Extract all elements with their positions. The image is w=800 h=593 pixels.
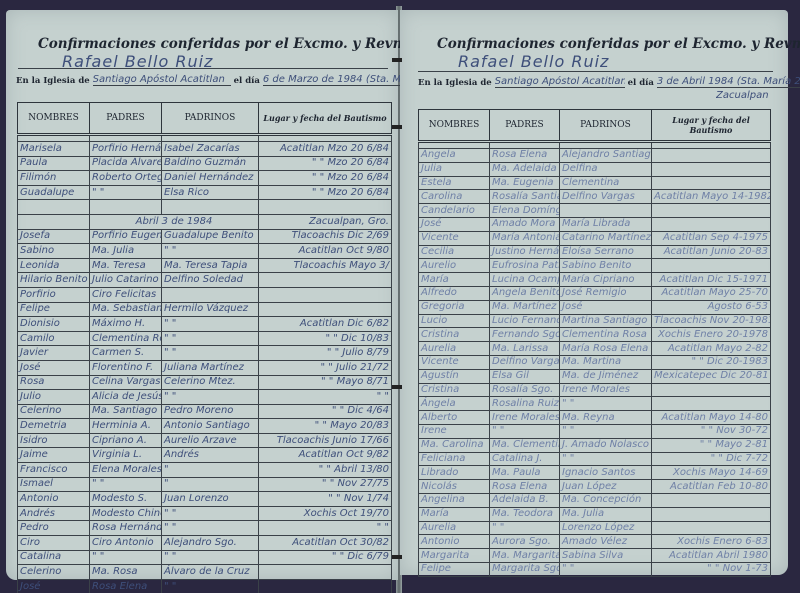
cell-padrinos: Lorenzo López bbox=[560, 521, 652, 535]
spacer-cell bbox=[18, 135, 90, 142]
cell-padres: Clementina Rosa bbox=[90, 331, 162, 346]
cell-bautismo: " " Mayo 8/71 bbox=[259, 375, 392, 390]
cell-padres: Eufrosina Patricio bbox=[490, 259, 560, 273]
cell-padres: Modesto S. bbox=[90, 492, 162, 507]
dia-value: 6 de Marzo de 1984 (Sta. María 2) bbox=[263, 74, 413, 86]
table-row: JulioAlicia de Jesús" "" " bbox=[18, 390, 392, 405]
cell-bautismo: " " Dic 4/64 bbox=[259, 404, 392, 419]
cell-padres: Julio Catarino bbox=[90, 273, 162, 288]
cell-padrinos bbox=[162, 200, 259, 215]
cell-padrinos: José Remigio bbox=[560, 286, 652, 300]
iglesia-label: En la Iglesia de bbox=[16, 76, 90, 86]
cell-bautismo: " " Mzo 20 6/84 bbox=[259, 171, 392, 186]
cell-bautismo: " " Mzo 20 6/84 bbox=[259, 156, 392, 171]
cell-padrinos: Clementina bbox=[560, 176, 652, 190]
table-row: SabinoMa. Julia" "Acatitlan Oct 9/80 bbox=[18, 244, 392, 259]
cell-padrinos: Guadalupe Benito bbox=[162, 229, 259, 244]
cell-bautismo: Xochis Enero 6-83 bbox=[652, 535, 771, 549]
cell-padres: Ma. Margarita bbox=[490, 549, 560, 563]
cell-padres: Adelaida B. bbox=[490, 493, 560, 507]
cell-nombre: Guadalupe bbox=[18, 185, 90, 200]
table-row: JoséRosa Elena" " bbox=[18, 579, 392, 593]
cell-bautismo: " " Dic 10/83 bbox=[259, 331, 392, 346]
table-row: AurelioEufrosina PatricioSabino Benito bbox=[419, 259, 771, 273]
bishop-underline bbox=[18, 68, 388, 69]
printed-title: Confirmaciones conferidas por el Excmo. … bbox=[437, 36, 800, 52]
cell-nombre: Agustín bbox=[419, 369, 490, 383]
table-row: AntonioAurora Sgo.Amado VélezXochis Ener… bbox=[419, 535, 771, 549]
spacer-cell bbox=[560, 142, 652, 149]
confirmations-table-right: NOMBRES PADRES PADRINOS Lugar y fecha de… bbox=[418, 109, 771, 577]
column-header-nombres: NOMBRES bbox=[419, 110, 490, 142]
cell-nombre: Ciro bbox=[18, 536, 90, 551]
table-row: ÁngelaRosa ElenaAlejandro Santiago bbox=[419, 149, 771, 163]
table-row: DionisioMáximo H." "Acatitlan Dic 6/82 bbox=[18, 317, 392, 332]
cell-padres: " " bbox=[490, 521, 560, 535]
cell-bautismo bbox=[652, 493, 771, 507]
cell-nombre: Estela bbox=[419, 176, 490, 190]
cell-padres: Elena Domínguez bbox=[490, 204, 560, 218]
table-row: CeciliaJustino HernándezEloísa SerranoAc… bbox=[419, 245, 771, 259]
cell-padres: María Antonia bbox=[490, 231, 560, 245]
cell-bautismo: Tlacoachis Nov 20-1981 bbox=[652, 314, 771, 328]
table-row: CarolinaRosalía SantiagoDelfino VargasAc… bbox=[419, 190, 771, 204]
cell-bautismo: " " Nov 27/75 bbox=[259, 477, 392, 492]
cell-bautismo: Acatitlan Oct 9/82 bbox=[259, 448, 392, 463]
cell-padrinos: Celerino Mtez. bbox=[162, 375, 259, 390]
table-header: NOMBRES PADRES PADRINOS Lugar y fecha de… bbox=[419, 110, 771, 142]
binding-thread bbox=[392, 58, 402, 62]
cell-padrinos: " " bbox=[162, 244, 259, 259]
cell-nombre: Demetria bbox=[18, 419, 90, 434]
column-header-nombres: NOMBRES bbox=[18, 103, 90, 135]
binding-thread bbox=[392, 555, 402, 559]
table-row: Ma. CarolinaMa. ClementinaJ. Amado Nolas… bbox=[419, 438, 771, 452]
cell-padrinos: Andrés bbox=[162, 448, 259, 463]
cell-bautismo: " " Nov 1-73 bbox=[652, 562, 771, 576]
table-row: JavierCarmen S." "" " Julio 8/79 bbox=[18, 346, 392, 361]
cell-nombre: Andrés bbox=[18, 506, 90, 521]
table-row: CamiloClementina Rosa" "" " Dic 10/83 bbox=[18, 331, 392, 346]
table-row: PedroRosa Hernández" "" " bbox=[18, 521, 392, 536]
cell-padres: Rosa Elena bbox=[490, 149, 560, 163]
spacer-cell bbox=[162, 135, 259, 142]
cell-padrinos: Delfino Soledad bbox=[162, 273, 259, 288]
table-row: DemetriaHerminia A.Antonio Santiago" " M… bbox=[18, 419, 392, 434]
right-page: Confirmaciones conferidas por el Excmo. … bbox=[400, 10, 788, 575]
cell-padres: Placida Álvarez bbox=[90, 156, 162, 171]
cell-bautismo: Agosto 6-53 bbox=[652, 300, 771, 314]
spacer-cell bbox=[419, 142, 490, 149]
cell-nombre: Vicente bbox=[419, 355, 490, 369]
table-row: JuliaMa. AdelaidaDelfina bbox=[419, 162, 771, 176]
cell-padres: Florentino F. bbox=[90, 360, 162, 375]
cell-nombre: Vicente bbox=[419, 231, 490, 245]
cell-padrinos: Ma. Reyna bbox=[560, 411, 652, 425]
cell-padrinos: Sabina Silva bbox=[560, 549, 652, 563]
table-row: CiroCiro AntonioAlejandro Sgo.Acatitlan … bbox=[18, 536, 392, 551]
iglesia-value: Santiago Apóstol Acatitlan bbox=[495, 76, 625, 88]
cell-nombre: Ma. Carolina bbox=[419, 438, 490, 452]
cell-padres: Ma. Larissa bbox=[490, 342, 560, 356]
cell-padrinos: Álvaro de la Cruz bbox=[162, 565, 259, 580]
cell-bautismo: Acatitlan Mayo 14-80 bbox=[652, 411, 771, 425]
table-row: CelerinoMa. SantiagoPedro Moreno" " Dic … bbox=[18, 404, 392, 419]
cell-bautismo: " " Dic 7-72 bbox=[652, 452, 771, 466]
cell-padrinos bbox=[162, 287, 259, 302]
cell-nombre: Feliciana bbox=[419, 452, 490, 466]
cell-bautismo: " " bbox=[259, 390, 392, 405]
cell-nombre: María bbox=[419, 273, 490, 287]
table-row: FranciscoElena Morales"" " Abril 13/80 bbox=[18, 463, 392, 478]
cell-padres: Irene Morales bbox=[490, 411, 560, 425]
table-row: Aurelia" "Lorenzo López bbox=[419, 521, 771, 535]
cell-padres: Máximo H. bbox=[90, 317, 162, 332]
cell-nombre: Aurelia bbox=[419, 342, 490, 356]
cell-bautismo bbox=[652, 507, 771, 521]
cell-padrinos bbox=[560, 204, 652, 218]
column-header-padrinos: PADRINOS bbox=[162, 103, 259, 135]
cell-bautismo: Acatitlan Abril 1980 bbox=[652, 549, 771, 563]
cell-nombre: Leonida bbox=[18, 258, 90, 273]
cell-bautismo bbox=[259, 565, 392, 580]
cell-padrinos: María Rosa Elena bbox=[560, 342, 652, 356]
dia-value: 3 de Abril 1984 (Sta. María 2) bbox=[657, 76, 800, 88]
cell-nombre: Ángela bbox=[419, 397, 490, 411]
cell-nombre: Carolina bbox=[419, 190, 490, 204]
cell-padres: Amado Mora bbox=[490, 217, 560, 231]
cell-padres: Ciro Antonio bbox=[90, 536, 162, 551]
cell-padrinos: " " bbox=[560, 562, 652, 576]
cell-nombre: Margarita bbox=[419, 549, 490, 563]
table-row: AngelinaAdelaida B.Ma. Concepción bbox=[419, 493, 771, 507]
cell-padrinos: " " bbox=[162, 390, 259, 405]
cell-padres: Alicia de Jesús bbox=[90, 390, 162, 405]
cell-nombre: Candelario bbox=[419, 204, 490, 218]
cell-bautismo: Tlacoachis Mayo 3/ bbox=[259, 258, 392, 273]
table-row: VicenteDelfino VargasMa. Martina" " Dic … bbox=[419, 355, 771, 369]
cell-nombre: José bbox=[18, 579, 90, 593]
cell-bautismo: Acatitlan Mayo 25-70 bbox=[652, 286, 771, 300]
cell-bautismo bbox=[259, 273, 392, 288]
iglesia-value: Santiago Apóstol Acatitlan bbox=[93, 74, 231, 86]
cell-padrinos: Delfino Vargas bbox=[560, 190, 652, 204]
cell-bautismo: " " Mayo 2-81 bbox=[652, 438, 771, 452]
cell-nombre: Alberto bbox=[419, 411, 490, 425]
cell-nombre: Cecilia bbox=[419, 245, 490, 259]
cell-padres: Ma. Adelaida bbox=[490, 162, 560, 176]
cell-padrinos: Ma. Julia bbox=[560, 507, 652, 521]
cell-padres: Modesto Chino bbox=[90, 506, 162, 521]
cell-padrinos: " " bbox=[560, 424, 652, 438]
cell-padres: " " bbox=[90, 477, 162, 492]
cell-bautismo: " " Dic 20-1983 bbox=[652, 355, 771, 369]
cell-bautismo bbox=[652, 176, 771, 190]
cell-nombre: José bbox=[419, 217, 490, 231]
cell-nombre: Jaime bbox=[18, 448, 90, 463]
cell-bautismo: Acatitlan Oct 9/80 bbox=[259, 244, 392, 259]
cell-padres: " " bbox=[90, 550, 162, 565]
column-header-bautismo: Lugar y fecha del Bautismo bbox=[652, 110, 771, 142]
cell-padrinos: Martina Santiago bbox=[560, 314, 652, 328]
cell-padrinos: " " bbox=[162, 550, 259, 565]
cell-bautismo: Xochis Mayo 14-69 bbox=[652, 466, 771, 480]
cell-padres: Abril 3 de 1984 bbox=[90, 214, 259, 229]
cell-padres: Ma. Clementina bbox=[490, 438, 560, 452]
cell-padres: Delfino Vargas bbox=[490, 355, 560, 369]
cell-nombre: Hilario Benito bbox=[18, 273, 90, 288]
cell-padres: Angela Benito bbox=[490, 286, 560, 300]
cell-padres: Margarita Sgo. bbox=[490, 562, 560, 576]
table-row: FelicianaCatalina J." "" " Dic 7-72 bbox=[419, 452, 771, 466]
cell-nombre: Ángela bbox=[419, 149, 490, 163]
bishop-name: Rafael Bello Ruiz bbox=[458, 52, 609, 71]
cell-bautismo: " " Julio 8/79 bbox=[259, 346, 392, 361]
cell-padres: Catalina J. bbox=[490, 452, 560, 466]
cell-padrinos: María Librada bbox=[560, 217, 652, 231]
cell-nombre: Librado bbox=[419, 466, 490, 480]
cell-bautismo: " " Nov 30-72 bbox=[652, 424, 771, 438]
cell-padrinos: Clementina Rosa bbox=[560, 328, 652, 342]
cell-padrinos: Daniel Hernández bbox=[162, 171, 259, 186]
cell-nombre: Julio bbox=[18, 390, 90, 405]
table-row: JoséFlorentino F.Juliana Martínez" " Jul… bbox=[18, 360, 392, 375]
cell-padrinos: Hermilo Vázquez bbox=[162, 302, 259, 317]
table-row: Irene" "" "" " Nov 30-72 bbox=[419, 424, 771, 438]
table-row: CelerinoMa. RosaÁlvaro de la Cruz bbox=[18, 565, 392, 580]
cell-bautismo bbox=[259, 200, 392, 215]
table-row: LeonidaMa. TeresaMa. Teresa TapiaTlacoac… bbox=[18, 258, 392, 273]
cell-nombre: Cristina bbox=[419, 328, 490, 342]
table-row: Hilario BenitoJulio CatarinoDelfino Sole… bbox=[18, 273, 392, 288]
left-page: Confirmaciones conferidas por el Excmo. … bbox=[6, 10, 398, 580]
cell-bautismo bbox=[652, 259, 771, 273]
cell-nombre: Celerino bbox=[18, 404, 90, 419]
header-spacer-row bbox=[18, 135, 392, 142]
cell-padres: " " bbox=[490, 424, 560, 438]
cell-nombre: Isidro bbox=[18, 433, 90, 448]
cell-bautismo bbox=[652, 383, 771, 397]
table-row: CristinaRosalía Sgo.Irene Morales bbox=[419, 383, 771, 397]
cell-bautismo: Acatitlan Feb 10-80 bbox=[652, 480, 771, 494]
cell-bautismo bbox=[652, 217, 771, 231]
cell-padres: Ma. Rosa bbox=[90, 565, 162, 580]
table-row: LibradoMa. PaulaIgnacio SantosXochis May… bbox=[419, 466, 771, 480]
table-row: AureliaMa. LarissaMaría Rosa ElenaAcatit… bbox=[419, 342, 771, 356]
cell-bautismo: " " Dic 6/79 bbox=[259, 550, 392, 565]
table-row: FilimónRoberto OrtegaDaniel Hernández" "… bbox=[18, 171, 392, 186]
cell-padrinos: " " bbox=[162, 521, 259, 536]
table-row: JaimeVirginia L.AndrésAcatitlan Oct 9/82 bbox=[18, 448, 392, 463]
cell-bautismo: " " Mayo 20/83 bbox=[259, 419, 392, 434]
cell-padres: Rosa Elena bbox=[90, 579, 162, 593]
cell-bautismo: Xochis Oct 19/70 bbox=[259, 506, 392, 521]
table-row: VicenteMaría AntoniaCatarino MartínezAca… bbox=[419, 231, 771, 245]
cell-bautismo: Tlacoachis Junio 17/66 bbox=[259, 433, 392, 448]
cell-padres: Herminia A. bbox=[90, 419, 162, 434]
cell-nombre: Filimón bbox=[18, 171, 90, 186]
cell-bautismo: " " Julio 21/72 bbox=[259, 360, 392, 375]
cell-bautismo: Acatitlan Dic 15-1971 bbox=[652, 273, 771, 287]
cell-padrinos: Baldino Guzmán bbox=[162, 156, 259, 171]
table-row: AndrésModesto Chino" "Xochis Oct 19/70 bbox=[18, 506, 392, 521]
cell-nombre bbox=[18, 200, 90, 215]
table-row: AntonioModesto S.Juan Lorenzo" " Nov 1/7… bbox=[18, 492, 392, 507]
cell-padres: Ma. Teresa bbox=[90, 258, 162, 273]
cell-padrinos: " " bbox=[560, 397, 652, 411]
table-row: FelipeMa. SebastianaHermilo Vázquez bbox=[18, 302, 392, 317]
cell-nombre: Dionisio bbox=[18, 317, 90, 332]
cell-padres: Elena Morales bbox=[90, 463, 162, 478]
cell-padres: Lucina Ocampo bbox=[490, 273, 560, 287]
table-row: Abril 3 de 1984Zacualpan, Gro. bbox=[18, 214, 392, 229]
cell-padres: Rosalía Sgo. bbox=[490, 383, 560, 397]
cell-padrinos: Eloísa Serrano bbox=[560, 245, 652, 259]
table-row: AlfredoAngela BenitoJosé RemigioAcatitla… bbox=[419, 286, 771, 300]
cell-padrinos: Delfina bbox=[560, 162, 652, 176]
table-row: CristinaFernando Sgo.Clementina RosaXoch… bbox=[419, 328, 771, 342]
cell-padrinos: Alejandro Santiago bbox=[560, 149, 652, 163]
cell-padrinos: J. Amado Nolasco bbox=[560, 438, 652, 452]
cell-padrinos: " " bbox=[162, 506, 259, 521]
cell-padres: Ciro Felicitas bbox=[90, 287, 162, 302]
cell-bautismo: Mexicatepec Dic 20-81 bbox=[652, 369, 771, 383]
cell-padrinos: Antonio Santiago bbox=[162, 419, 259, 434]
cell-padres: Ma. Santiago bbox=[90, 404, 162, 419]
cell-padrinos: Alejandro Sgo. bbox=[162, 536, 259, 551]
confirmations-table-left: NOMBRES PADRES PADRINOS Lugar y fecha de… bbox=[17, 102, 392, 593]
iglesia-line: En la Iglesia de Santiago Apóstol Acatit… bbox=[16, 74, 413, 86]
cell-bautismo bbox=[652, 397, 771, 411]
cell-nombre: Camilo bbox=[18, 331, 90, 346]
table-row bbox=[18, 200, 392, 215]
cell-padres: Lucio Fernando bbox=[490, 314, 560, 328]
spacer-cell bbox=[90, 135, 162, 142]
cell-padres: Ma. Teodora bbox=[490, 507, 560, 521]
cell-padres: Rosa Hernández bbox=[90, 521, 162, 536]
column-header-padres: PADRES bbox=[90, 103, 162, 135]
cell-bautismo: Acatitlan Mayo 2-82 bbox=[652, 342, 771, 356]
cell-bautismo bbox=[259, 287, 392, 302]
iglesia-label: En la Iglesia de bbox=[418, 78, 492, 88]
cell-padres: " " bbox=[90, 185, 162, 200]
table-row: Ismael" """ " Nov 27/75 bbox=[18, 477, 392, 492]
cell-padrinos: " " bbox=[162, 346, 259, 361]
cell-nombre: Nicolás bbox=[419, 480, 490, 494]
table-row: ÁngelaRosalina Ruiz" " bbox=[419, 397, 771, 411]
table-row: LucioLucio FernandoMartina SantiagoTlaco… bbox=[419, 314, 771, 328]
table-row: AgustínElsa GilMa. de JiménezMexicatepec… bbox=[419, 369, 771, 383]
cell-nombre: José bbox=[18, 360, 90, 375]
cell-bautismo: " " Nov 1/74 bbox=[259, 492, 392, 507]
iglesia-line: En la Iglesia de Santiago Apóstol Acatit… bbox=[418, 76, 800, 88]
cell-padrinos: Aurelio Arzave bbox=[162, 433, 259, 448]
cell-nombre: Alfredo bbox=[419, 286, 490, 300]
cell-padrinos: Juan López bbox=[560, 480, 652, 494]
cell-nombre: Paula bbox=[18, 156, 90, 171]
cell-padres: Roberto Ortega bbox=[90, 171, 162, 186]
table-row: NicolásRosa ElenaJuan LópezAcatitlan Feb… bbox=[419, 480, 771, 494]
cell-padres: Porfirio Hernández bbox=[90, 142, 162, 157]
cell-nombre: Irene bbox=[419, 424, 490, 438]
cell-padres: Cipriano A. bbox=[90, 433, 162, 448]
cell-padres: Fernando Sgo. bbox=[490, 328, 560, 342]
cell-nombre bbox=[18, 214, 90, 229]
table-row: MargaritaMa. MargaritaSabina SilvaAcatit… bbox=[419, 549, 771, 563]
table-row: AlbertoIrene MoralesMa. ReynaAcatitlan M… bbox=[419, 411, 771, 425]
dia-label: el día bbox=[628, 78, 654, 88]
cell-nombre: Francisco bbox=[18, 463, 90, 478]
cell-padres: Ma. Sebastiana bbox=[90, 302, 162, 317]
cell-bautismo: " " Abril 13/80 bbox=[259, 463, 392, 478]
cell-nombre: Marisela bbox=[18, 142, 90, 157]
bishop-underline bbox=[418, 71, 773, 72]
cell-nombre: Felipe bbox=[18, 302, 90, 317]
cell-padres: Ma. Martínez bbox=[490, 300, 560, 314]
binding-thread bbox=[392, 385, 402, 389]
cell-bautismo bbox=[652, 149, 771, 163]
cell-padrinos: Pedro Moreno bbox=[162, 404, 259, 419]
cell-bautismo: Acatitlan Mayo 14-1982 bbox=[652, 190, 771, 204]
cell-bautismo bbox=[259, 302, 392, 317]
header-spacer-row bbox=[419, 142, 771, 149]
cell-padres: Rosalía Santiago bbox=[490, 190, 560, 204]
cell-bautismo bbox=[652, 204, 771, 218]
cell-padrinos: Juan Lorenzo bbox=[162, 492, 259, 507]
table-header: NOMBRES PADRES PADRINOS Lugar y fecha de… bbox=[18, 103, 392, 135]
cell-padres: Justino Hernández bbox=[490, 245, 560, 259]
cell-padrinos: " bbox=[162, 477, 259, 492]
spacer-cell bbox=[259, 135, 392, 142]
cell-padres: Rosalina Ruiz bbox=[490, 397, 560, 411]
cell-nombre: Aurelio bbox=[419, 259, 490, 273]
cell-padrinos: María Cipriano bbox=[560, 273, 652, 287]
cell-nombre: Julia bbox=[419, 162, 490, 176]
cell-padres: Aurora Sgo. bbox=[490, 535, 560, 549]
cell-padrinos: Sabino Benito bbox=[560, 259, 652, 273]
table-row: MaríaLucina OcampoMaría CiprianoAcatitla… bbox=[419, 273, 771, 287]
table-row: JosefaPorfirio EugenioGuadalupe BenitoTl… bbox=[18, 229, 392, 244]
cell-nombre: Antonio bbox=[18, 492, 90, 507]
cell-padrinos: Ma. Martina bbox=[560, 355, 652, 369]
spacer-cell bbox=[652, 142, 771, 149]
cell-padres: Porfirio Eugenio bbox=[90, 229, 162, 244]
cell-bautismo: " " bbox=[259, 521, 392, 536]
table-row: Catalina" "" "" " Dic 6/79 bbox=[18, 550, 392, 565]
cell-padres: Ma. Paula bbox=[490, 466, 560, 480]
cell-padrinos: " " bbox=[162, 317, 259, 332]
table-row: Guadalupe" "Elsa Rico" " Mzo 20 6/84 bbox=[18, 185, 392, 200]
cell-padres: Ma. Eugenia bbox=[490, 176, 560, 190]
cell-bautismo: Zacualpan, Gro. bbox=[259, 214, 392, 229]
cell-padrinos: " " bbox=[162, 579, 259, 593]
cell-padres: Rosa Elena bbox=[490, 480, 560, 494]
table-row: IsidroCipriano A.Aurelio ArzaveTlacoachi… bbox=[18, 433, 392, 448]
cell-nombre: Porfirio bbox=[18, 287, 90, 302]
cell-padrinos: " " bbox=[162, 331, 259, 346]
cell-padrinos: Elsa Rico bbox=[162, 185, 259, 200]
cell-nombre: Felipe bbox=[419, 562, 490, 576]
cell-nombre: María bbox=[419, 507, 490, 521]
cell-padrinos: Catarino Martínez bbox=[560, 231, 652, 245]
cell-padrinos: " " bbox=[560, 452, 652, 466]
cell-padrinos: Ma. de Jiménez bbox=[560, 369, 652, 383]
cell-padrinos: José bbox=[560, 300, 652, 314]
cell-padrinos: Irene Morales bbox=[560, 383, 652, 397]
binding-thread bbox=[392, 125, 402, 129]
cell-padrinos: Isabel Zacarías bbox=[162, 142, 259, 157]
cell-bautismo bbox=[652, 521, 771, 535]
